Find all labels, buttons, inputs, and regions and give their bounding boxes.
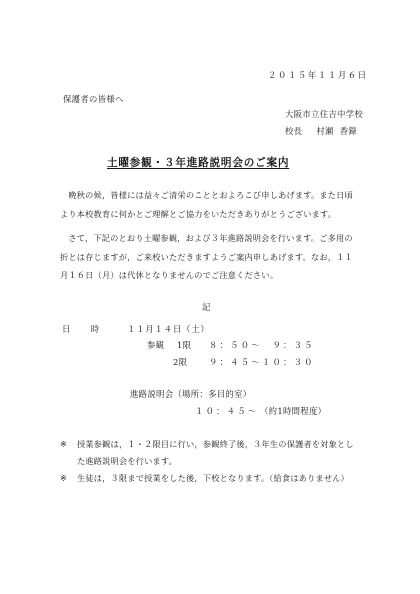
datetime-label-part: 日 [62, 324, 71, 334]
ki-heading: 記 [202, 302, 211, 313]
period-1-time: ８：５０～ ９：３５ [209, 340, 315, 351]
career-briefing-label: 進路説明会（場所：多目的室） [130, 389, 251, 400]
period-2-time: ９：４５～１０：３０ [209, 357, 315, 368]
recipient: 保護者の皆様へ [63, 94, 124, 105]
period-2-label: 2限 [173, 357, 187, 368]
document-title: 土曜参観・３年進路説明会のご案内 [107, 156, 289, 170]
principal-signature: 校長村瀬香錄 [285, 126, 357, 137]
career-briefing-duration: （約1時間程度） [260, 406, 326, 417]
note-text: 生徒は，３限まで授業をした後，下校となります。（給食はありません） [77, 470, 349, 487]
career-briefing-time: １０：４５～ [195, 406, 258, 417]
period-1-label: 1限 [177, 340, 191, 351]
document-page: ２０１５年１１月６日 保護者の皆様へ 大阪市立住吉中学校 校長村瀬香錄 土曜参観… [0, 0, 420, 594]
principal-given-name: 香錄 [340, 126, 357, 136]
observation-label: 参観 [147, 340, 164, 351]
note-continuation: た進路説明会を行います。 [77, 453, 177, 470]
principal-family-name: 村瀬 [316, 126, 333, 136]
paragraph-line: 晩秋の候，皆様には益々ご清栄のこととおよろこび申しあげます。また日頃 [60, 186, 360, 205]
announcement-paragraph: さて，下記のとおり土曜参観，および３年進路説明会を行います。ご多用の 折とは存じ… [60, 229, 360, 285]
note-text: 授業参観は，１・２限目に行い，参観終了後，３年生の保護者を対象とし [77, 436, 354, 453]
reference-mark-icon: ※ [60, 470, 67, 487]
paragraph-line: 月１６日（月）は代休となりませんのでご注意ください。 [60, 266, 360, 285]
school-name: 大阪市立住吉中学校 [285, 109, 363, 120]
principal-title: 校長 [285, 126, 302, 136]
issue-date: ２０１５年１１月６日 [268, 70, 368, 81]
paragraph-line: より本校教育に何かとご理解とご協力をいただきありがとうございます。 [60, 205, 360, 224]
datetime-label: 日時 [62, 324, 99, 335]
greeting-paragraph: 晩秋の候，皆様には益々ご清栄のこととおよろこび申しあげます。また日頃 より本校教… [60, 186, 360, 223]
paragraph-line: 折とは存じますが，ご来校いただきますようご案内申しあげます。なお，１１ [60, 248, 360, 267]
datetime-label-part: 時 [91, 324, 100, 334]
paragraph-line: さて，下記のとおり土曜参観，および３年進路説明会を行います。ご多用の [60, 229, 360, 248]
event-date: １１月１４日（土） [127, 324, 210, 335]
reference-mark-icon: ※ [60, 436, 67, 453]
